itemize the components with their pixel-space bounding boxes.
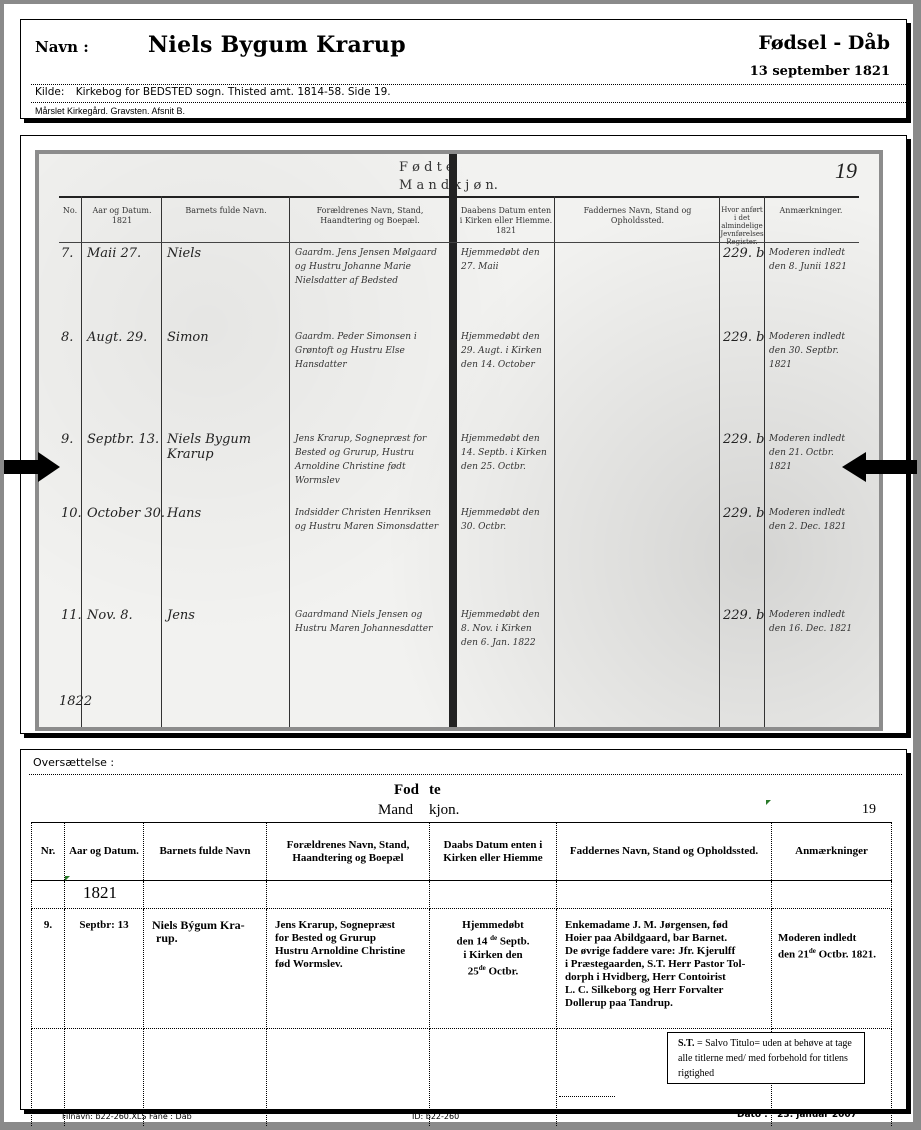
col-nr: Nr.: [32, 823, 65, 881]
scan-year-1822: 1822: [59, 694, 92, 709]
divider: [31, 84, 906, 85]
record-type: Fødsel - Dåb: [758, 32, 890, 54]
record-date: 13 september 1821: [750, 64, 890, 79]
footer-id: ID: b22-260: [412, 1112, 459, 1121]
translation-box: Oversættelse : Fod te Mand kjon. 19 Nr. …: [20, 749, 907, 1110]
scan-heading-top: F ø d t e: [399, 160, 454, 175]
comment-marker: [766, 800, 771, 805]
arrow-left-icon: [842, 452, 917, 482]
cell-parents: Jens Krarup, Sognepræst for Bested og Gr…: [267, 909, 430, 1029]
table-header-row: Nr. Aar og Datum. Barnets fulde Navn For…: [32, 823, 892, 881]
cell-nr: 9.: [32, 909, 65, 1029]
source-label: Kilde:: [35, 86, 64, 98]
col-date: Aar og Datum.: [65, 823, 144, 881]
abbreviation-note: S.T. = Salvo Titulo= uden at behøve at t…: [667, 1032, 865, 1084]
cell-remarks: Moderen indledt den 21de Octbr. 1821.: [772, 909, 892, 1029]
name-label: Navn :: [35, 38, 89, 56]
year-value: 1821: [65, 881, 144, 909]
translation-page-number: 19: [862, 802, 876, 818]
translation-label: Oversættelse :: [33, 756, 114, 769]
footer-date: Dato : 23. januar 2007: [737, 1110, 857, 1120]
divider: [31, 102, 906, 103]
heading-mand: Mand: [378, 802, 413, 819]
document-page: Navn : Niels Bygum Krarup Fødsel - Dåb 1…: [4, 4, 913, 1122]
heading-te: te: [429, 782, 441, 799]
cell-date: Septbr: 13: [65, 909, 144, 1029]
location-line: Mårslet Kirkegård. Gravsten. Afsnit B.: [35, 106, 185, 116]
cell-child-name: Niels Býgum Kra- rup.: [144, 909, 267, 1029]
source-line: Kilde: Kirkebog for BEDSTED sogn. Thiste…: [35, 86, 391, 98]
church-book-scan: F ø d t e M a n d k j ø n. 19 No. Aar og…: [35, 150, 883, 731]
heading-kjon: kjon.: [429, 802, 459, 819]
cell-godparents: Enkemadame J. M. Jørgensen, fød Hoier pa…: [557, 909, 772, 1029]
heading-fod: Fod: [394, 782, 419, 799]
header-box: Navn : Niels Bygum Krarup Fødsel - Dåb 1…: [20, 19, 907, 119]
col-baptism: Daabs Datum enten i Kirken eller Hiemme: [430, 823, 557, 881]
col-parents: Forældrenes Navn, Stand, Haandtering og …: [267, 823, 430, 881]
divider: [29, 774, 902, 775]
col-remarks: Anmærkninger: [772, 823, 892, 881]
col-child-name: Barnets fulde Navn: [144, 823, 267, 881]
person-name: Niels Bygum Krarup: [148, 32, 406, 58]
scan-page-number: 19: [835, 158, 857, 184]
year-row: 1821: [32, 881, 892, 909]
cell-baptism: Hjemmedøbt den 14 de Septb. i Kirken den…: [430, 909, 557, 1029]
footer-filename: Filnavn: b22-260.XLS Fane : Dåb: [62, 1112, 192, 1121]
source-value: Kirkebog for BEDSTED sogn. Thisted amt. …: [76, 86, 391, 98]
comment-marker: [65, 876, 70, 881]
arrow-right-icon: [4, 452, 60, 482]
scan-box: F ø d t e M a n d k j ø n. 19 No. Aar og…: [20, 135, 907, 734]
book-spine: [449, 154, 457, 727]
table-row: 9. Septbr: 13 Niels Býgum Kra- rup. Jens…: [32, 909, 892, 1029]
col-godparents: Faddernes Navn, Stand og Opholdssted.: [557, 823, 772, 881]
